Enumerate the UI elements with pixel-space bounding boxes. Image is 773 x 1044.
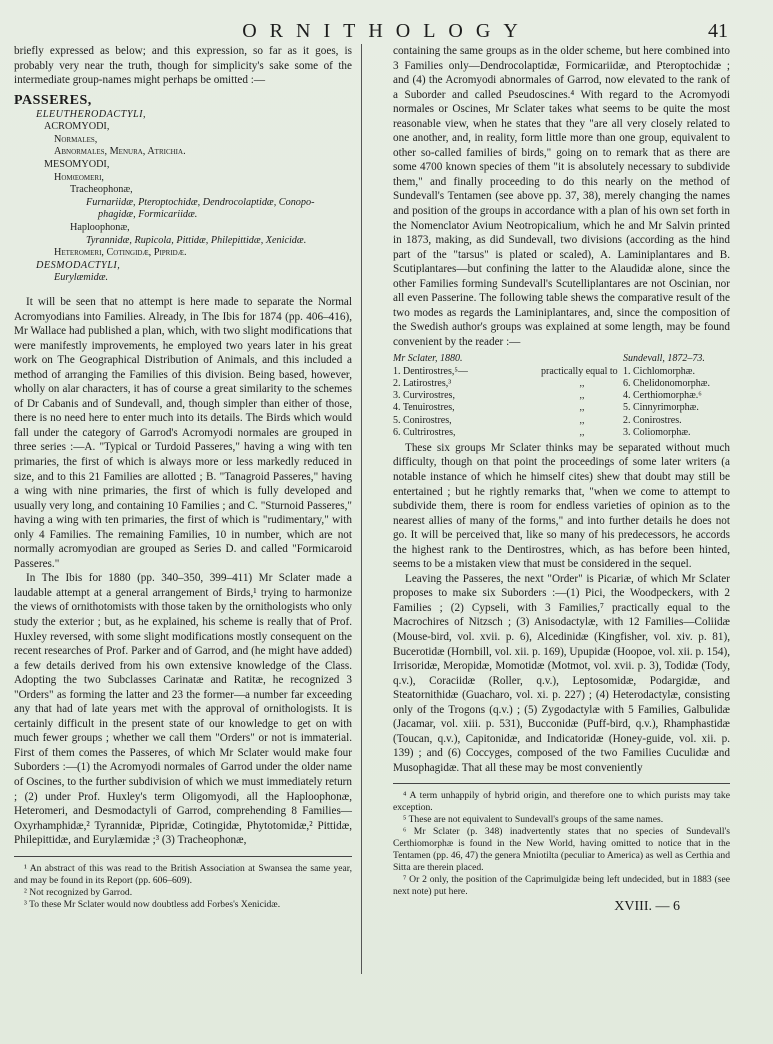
table-cell: 3. Curvirostres,: [393, 390, 541, 402]
taxonomy-item: Homœomeri,: [14, 172, 352, 185]
taxonomy-item: Furnariidæ, Pteroptochidæ, Dendrocolapti…: [14, 197, 352, 210]
taxonomy-list: PASSERES, ELEUTHERODACTYLI, ACROMYODI, N…: [14, 92, 352, 285]
table-header: Mr Sclater, 1880. Sundevall, 1872–73.: [393, 353, 730, 365]
right-column: containing the same groups as in the old…: [393, 44, 730, 915]
body-paragraph: Leaving the Passeres, the next "Order" i…: [393, 572, 730, 776]
table-row: 1. Dentirostres,⁵— practically equal to …: [393, 366, 730, 378]
taxonomy-item: Normales,: [14, 134, 352, 147]
taxonomy-item: phagidæ, Formicariidæ.: [14, 209, 352, 222]
footnote: ⁷ Or 2 only, the position of the Caprimu…: [393, 874, 730, 898]
table-cell: 1. Dentirostres,⁵—: [393, 366, 541, 378]
table-cell: ,,: [541, 415, 623, 427]
taxonomy-item: Heteromeri, Cotingidæ, Pipridæ.: [14, 247, 352, 260]
taxonomy-item: DESMODACTYLI,: [14, 260, 352, 273]
running-title: ORNITHOLOGY: [0, 20, 773, 43]
intro-paragraph: briefly expressed as below; and this exp…: [14, 44, 352, 88]
comparison-table: Mr Sclater, 1880. Sundevall, 1872–73. 1.…: [393, 353, 730, 438]
taxonomy-item: ELEUTHERODACTYLI,: [14, 109, 352, 122]
taxonomy-item: MESOMYODI,: [14, 159, 352, 172]
footnote: ³ To these Mr Sclater would now doubtles…: [14, 899, 352, 911]
taxonomy-item: Tracheophonæ,: [14, 184, 352, 197]
table-cell: 1. Cichlomorphæ.: [623, 366, 730, 378]
body-paragraph: It will be seen that no attempt is here …: [14, 295, 352, 571]
column-divider: [361, 44, 362, 974]
table-header-right: Sundevall, 1872–73.: [623, 353, 730, 365]
table-cell: 6. Cultrirostres,: [393, 427, 541, 439]
footnote: ⁴ A term unhappily of hybrid origin, and…: [393, 790, 730, 814]
table-cell: 5. Cinnyrimorphæ.: [623, 402, 730, 414]
document-page: ORNITHOLOGY 41 briefly expressed as belo…: [0, 0, 773, 1044]
footnote-rule: [393, 783, 730, 784]
table-row: 4. Tenuirostres, ,, 5. Cinnyrimorphæ.: [393, 402, 730, 414]
body-paragraph: In The Ibis for 1880 (pp. 340–350, 399–4…: [14, 571, 352, 847]
body-paragraph: These six groups Mr Sclater thinks may b…: [393, 441, 730, 572]
table-row: 2. Latirostres,³ ,, 6. Chelidonomorphæ.: [393, 378, 730, 390]
taxonomy-item: Tyrannidæ, Rupicola, Pittidæ, Philepitti…: [14, 235, 352, 248]
table-cell: ,,: [541, 402, 623, 414]
table-cell: 4. Tenuirostres,: [393, 402, 541, 414]
table-cell: 5. Conirostres,: [393, 415, 541, 427]
footnote: ¹ An abstract of this was read to the Br…: [14, 863, 352, 887]
table-cell: 2. Conirostres.: [623, 415, 730, 427]
table-row: 5. Conirostres, ,, 2. Conirostres.: [393, 415, 730, 427]
page-number: 41: [708, 20, 728, 43]
table-cell: 6. Chelidonomorphæ.: [623, 378, 730, 390]
table-row: 3. Curvirostres, ,, 4. Certhiomorphæ.⁶: [393, 390, 730, 402]
taxonomy-item: ACROMYODI,: [14, 121, 352, 134]
body-paragraph: containing the same groups as in the old…: [393, 44, 730, 349]
footnote: ⁶ Mr Sclater (p. 348) inadvertently stat…: [393, 826, 730, 874]
table-cell: ,,: [541, 427, 623, 439]
taxonomy-item: Eurylæmidæ.: [14, 272, 352, 285]
table-cell: ,,: [541, 390, 623, 402]
footnote: ² Not recognized by Garrod.: [14, 887, 352, 899]
table-cell: ,,: [541, 378, 623, 390]
left-column: briefly expressed as below; and this exp…: [14, 44, 352, 911]
signature-mark: XVIII. — 6: [393, 900, 730, 915]
table-cell: 2. Latirostres,³: [393, 378, 541, 390]
footnote-rule: [14, 856, 352, 857]
table-header-left: Mr Sclater, 1880.: [393, 353, 541, 365]
taxonomy-item: PASSERES,: [14, 92, 352, 109]
table-cell: 3. Coliomorphæ.: [623, 427, 730, 439]
taxonomy-item: Haploophonæ,: [14, 222, 352, 235]
taxonomy-item: Abnormales, Menura, Atrichia.: [14, 146, 352, 159]
table-row: 6. Cultrirostres, ,, 3. Coliomorphæ.: [393, 427, 730, 439]
footnote: ⁵ These are not equivalent to Sundevall'…: [393, 814, 730, 826]
table-cell: practically equal to: [541, 366, 623, 378]
table-cell: 4. Certhiomorphæ.⁶: [623, 390, 730, 402]
